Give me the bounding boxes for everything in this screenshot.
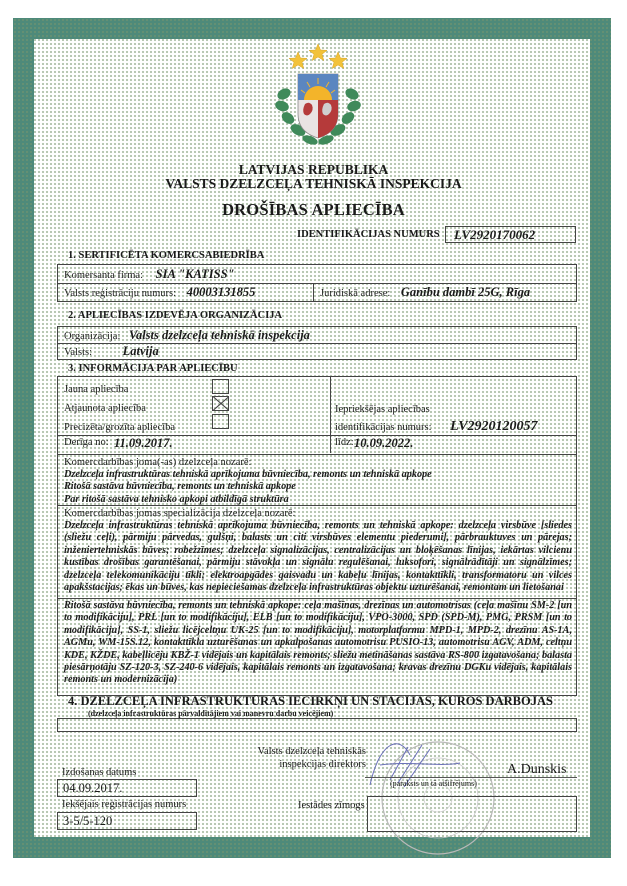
issue-date-value: 04.09.2017.	[57, 779, 197, 797]
checkbox-amended[interactable]	[212, 414, 229, 429]
divider	[58, 505, 576, 506]
section-1-heading: 1. SERTIFICĒTA KOMERCSABIEDRĪBA	[68, 250, 264, 261]
reg-number-label: Valsts reģistrāciju numurs:	[64, 288, 176, 299]
option-new-label: Jauna apliecība	[64, 380, 175, 399]
business-fields-label: Komercdarbības joma(-as) dzelzceļa nozar…	[64, 456, 572, 469]
specialization-infrastructure: Dzelzceļa infrastruktūras tehniskā aprīk…	[64, 520, 572, 594]
section-4-heading: 4. DZELZCEĻA INFRASTRUKTŪRAS IECIRKŅI UN…	[68, 694, 553, 709]
country-value: Latvija	[123, 344, 159, 358]
address-cell: Juridiskā adrese: Ganību dambī 25G, Rīga	[320, 284, 530, 302]
option-list: Jauna apliecība Atjaunota apliecība Prec…	[64, 380, 175, 437]
latvia-coat-of-arms-icon	[268, 42, 368, 150]
specialization-rolling-stock-block: Ritošā sastāva būvniecība, remonts un te…	[64, 600, 572, 687]
document-title: DROŠĪBAS APLIECĪBA	[0, 200, 627, 220]
section-2-heading: 2. APLIECĪBAS IZDEVĒJA ORGANIZĀCIJA	[68, 310, 282, 321]
divider	[58, 598, 576, 599]
organization-row: Organizācija: Valsts dzelzceļa tehniskā …	[58, 327, 576, 344]
section-3-heading: 3. INFORMĀCIJA PAR APLIECĪBU	[68, 363, 238, 374]
previous-id-label-2: identifikācijas numurs:	[335, 422, 432, 433]
section-4-subheading: (dzelzceļa infrastruktūras pārvaldītājie…	[88, 709, 333, 718]
stamp-label: Iestādes zīmogs	[298, 800, 365, 811]
id-number-value: LV2920170062	[445, 226, 576, 243]
signature-caption: (paraksts un tā atšifrējums)	[390, 779, 477, 788]
option-renewed-label: Atjaunota apliecība	[64, 399, 175, 418]
business-field-item: Ritošā sastāva būvniecība, remonts un te…	[64, 481, 572, 493]
valid-from-value: 11.09.2017.	[114, 436, 173, 451]
organization-value: Valsts dzelzceļa tehniskā inspekcija	[129, 328, 310, 342]
divider	[313, 284, 314, 302]
stamp-field	[367, 796, 577, 832]
organization-label: Organizācija:	[64, 331, 120, 342]
company-value: SIA "KATISS"	[156, 267, 235, 281]
country-label: Valsts:	[64, 347, 92, 358]
valid-from-label: Derīga no:	[64, 437, 109, 448]
previous-id-label-1: Iepriekšējas apliecības	[335, 401, 538, 418]
internal-reg-value: 3-5/5-120	[57, 812, 197, 830]
checkbox-new[interactable]	[212, 379, 229, 394]
director-title-line-1: Valsts dzelzceļa tehniskās	[254, 745, 366, 758]
checkbox-renewed[interactable]	[212, 396, 229, 411]
internal-reg-label: Iekšējais reģistrācijas numurs	[62, 799, 186, 810]
section-2-table: Organizācija: Valsts dzelzceļa tehniskā …	[57, 326, 577, 360]
director-name: A.Dunskis	[507, 762, 567, 778]
id-number-label: IDENTIFIKĀCIJAS NUMURS	[297, 229, 440, 240]
valid-to-label: līdz:	[335, 437, 354, 448]
previous-id-value: LV2920120057	[450, 419, 537, 434]
address-label: Juridiskā adrese:	[320, 288, 390, 299]
company-label: Komersanta firma:	[64, 270, 143, 281]
business-field-item: Dzelzceļa infrastruktūras tehniskā aprīk…	[64, 469, 572, 481]
section-3-table: Jauna apliecība Atjaunota apliecība Prec…	[57, 376, 577, 696]
section-1-table: Komersanta firma: SIA "KATISS" Valsts re…	[57, 264, 577, 302]
country-row: Valsts: Latvija	[58, 344, 576, 360]
issue-date-label: Izdošanas datums	[62, 767, 136, 778]
agency-heading: VALSTS DZELZCEĻA TEHNISKĀ INSPEKCIJA	[0, 176, 627, 192]
section-4-field	[57, 718, 577, 732]
specialization-rolling-stock: Ritošā sastāva būvniecība, remonts un te…	[64, 600, 572, 687]
reg-number-value: 40003131855	[187, 285, 256, 299]
specialization: Komercdarbības jomas specializācija dzel…	[64, 507, 572, 594]
address-value: Ganību dambī 25G, Rīga	[401, 285, 530, 299]
specialization-label: Komercdarbības jomas specializācija dzel…	[64, 507, 572, 520]
director-title: Valsts dzelzceļa tehniskās inspekcijas d…	[254, 745, 366, 771]
previous-id-cell: Iepriekšējas apliecības identifikācijas …	[335, 401, 538, 436]
validity-row: Derīga no: 11.09.2017. līdz: 10.09.2022.	[58, 435, 576, 455]
company-row: Komersanta firma: SIA "KATISS"	[58, 265, 576, 284]
director-title-line-2: inspekcijas direktors	[254, 758, 366, 771]
business-fields: Komercdarbības joma(-as) dzelzceļa nozar…	[64, 456, 572, 506]
valid-to-value: 10.09.2022.	[354, 436, 413, 451]
